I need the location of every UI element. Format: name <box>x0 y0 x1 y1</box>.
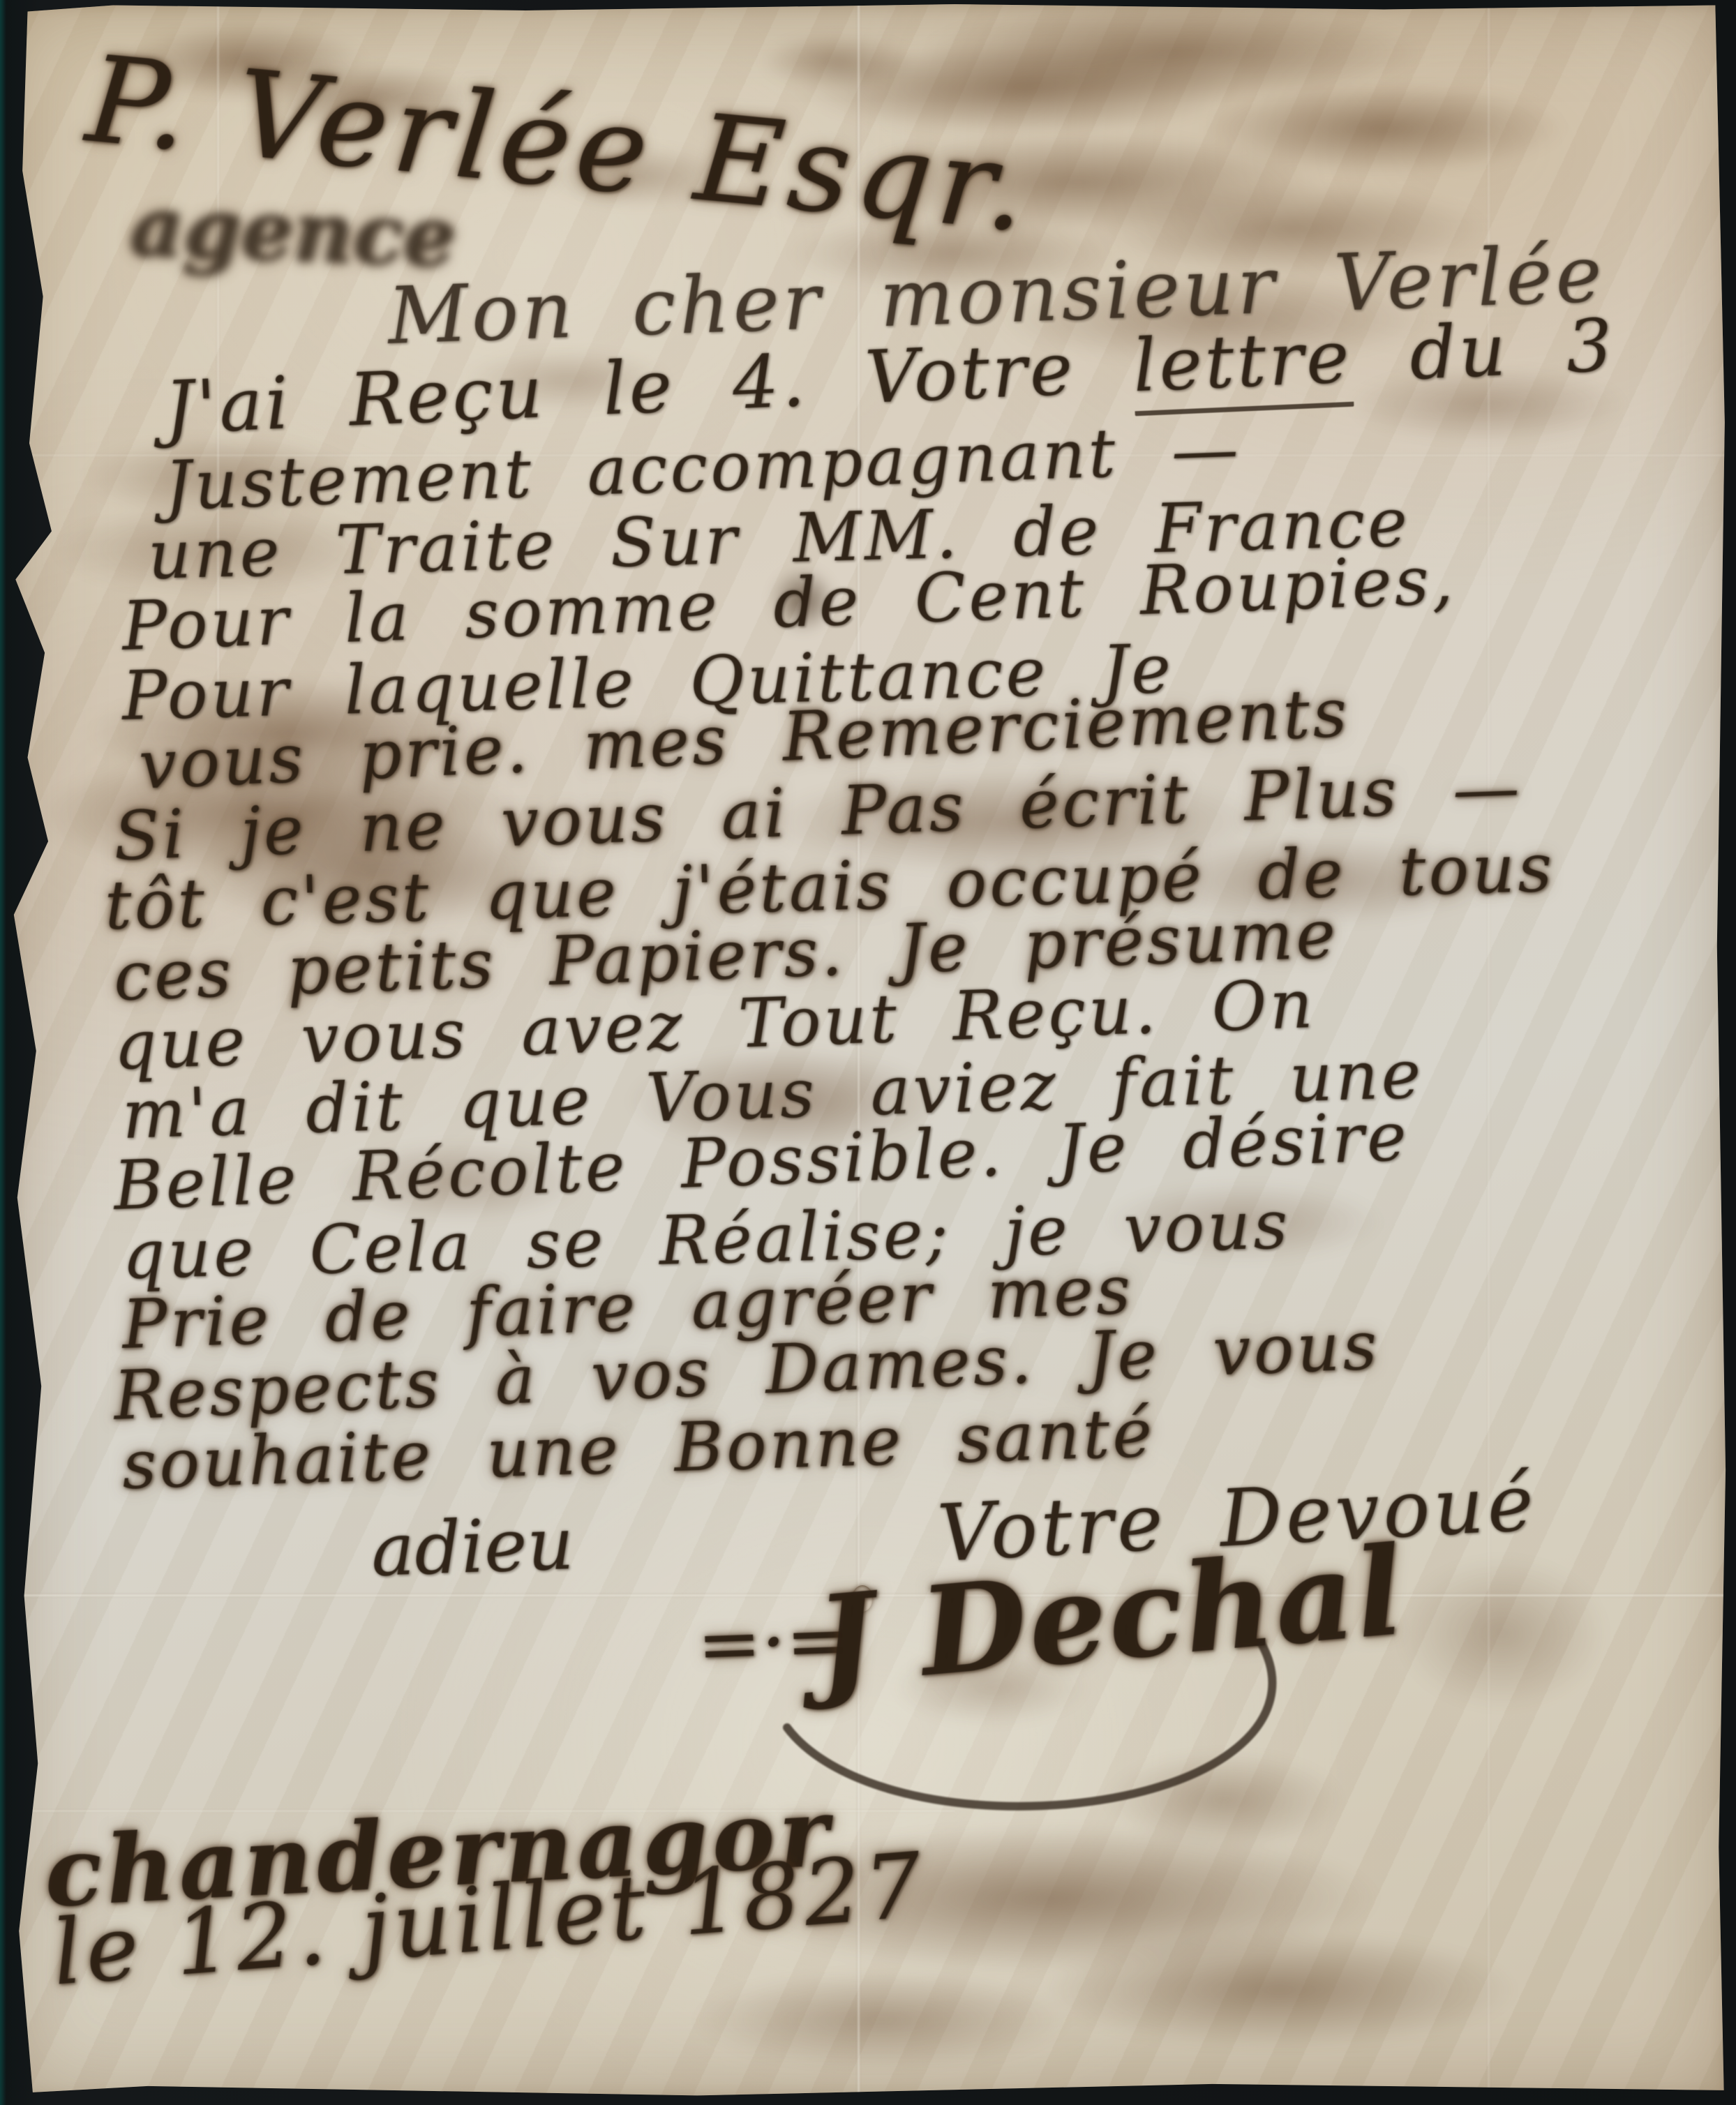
docket-line: agence <box>129 177 458 285</box>
scanned-letter: P. Verlée Esqr. agence Mon cher monsieur… <box>0 0 1736 2105</box>
letter-page: P. Verlée Esqr. agence Mon cher monsieur… <box>10 3 1728 2099</box>
received-text-post: du 3 <box>1350 302 1617 398</box>
received-word-underlined: lettre <box>1132 314 1354 417</box>
adieu-line: adieu <box>370 1501 575 1593</box>
